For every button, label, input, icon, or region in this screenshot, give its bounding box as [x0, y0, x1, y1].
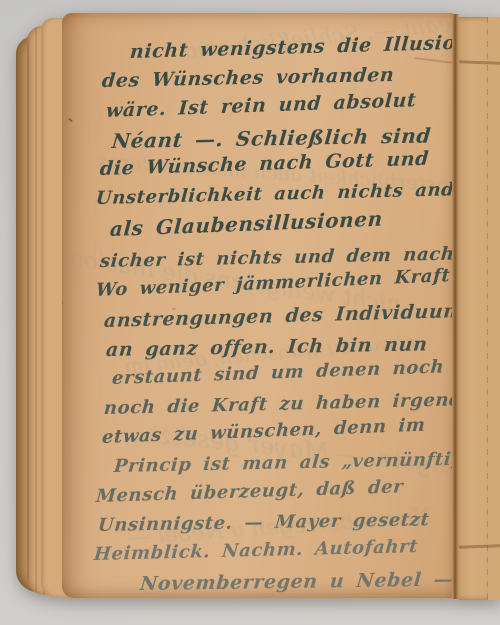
handwriting-line: etwas zu wünschen, denn im [101, 414, 426, 447]
handwriting-line: als Glaubensillusionen [109, 206, 383, 241]
stub-paper [459, 17, 489, 600]
gutter-fold [452, 14, 459, 599]
handwriting-line: anstrengungen des Individuum [103, 300, 453, 332]
handwriting-line: Heimblick. Nachm. Autofahrt [93, 536, 419, 565]
handwriting-line: erstaunt sind um denen noch [111, 357, 445, 390]
handwriting-line: Unsterblichkeit auch nichts anderes [95, 178, 453, 209]
handwriting-line: nicht wenigstens die Illusion [129, 31, 453, 63]
handwriting-line: die Wünsche nach Gott und [99, 148, 430, 180]
handwriting-line: Princip ist man als „vernünftige [113, 449, 453, 478]
handwriting-line: Mensch überzeugt, daß der [95, 476, 404, 507]
perforated-edge [488, 17, 500, 600]
torn-page-stub [459, 17, 500, 600]
handwriting-line: Unsinnigste. — Mayer gesetzt [97, 509, 430, 536]
handwriting-line: an ganz offen. Ich bin nun [105, 333, 428, 361]
handwriting-line: des Wünsches vorhanden [101, 64, 395, 92]
handwritten-text-block: nicht wenigstens die Illusiondes Wünsche… [62, 13, 453, 598]
scanner-background: Néant —. Schließlich sindUnsterblichkeit… [0, 0, 500, 625]
manuscript-page: Néant —. Schließlich sindUnsterblichkeit… [62, 13, 453, 598]
notebook: Néant —. Schließlich sindUnsterblichkeit… [0, 0, 500, 625]
handwriting-line: wäre. Ist rein und absolut [105, 89, 417, 122]
handwriting-line: noch die Kraft zu haben irgend [103, 389, 453, 419]
handwriting-line: Novemberregen u Nebel — [139, 569, 453, 595]
